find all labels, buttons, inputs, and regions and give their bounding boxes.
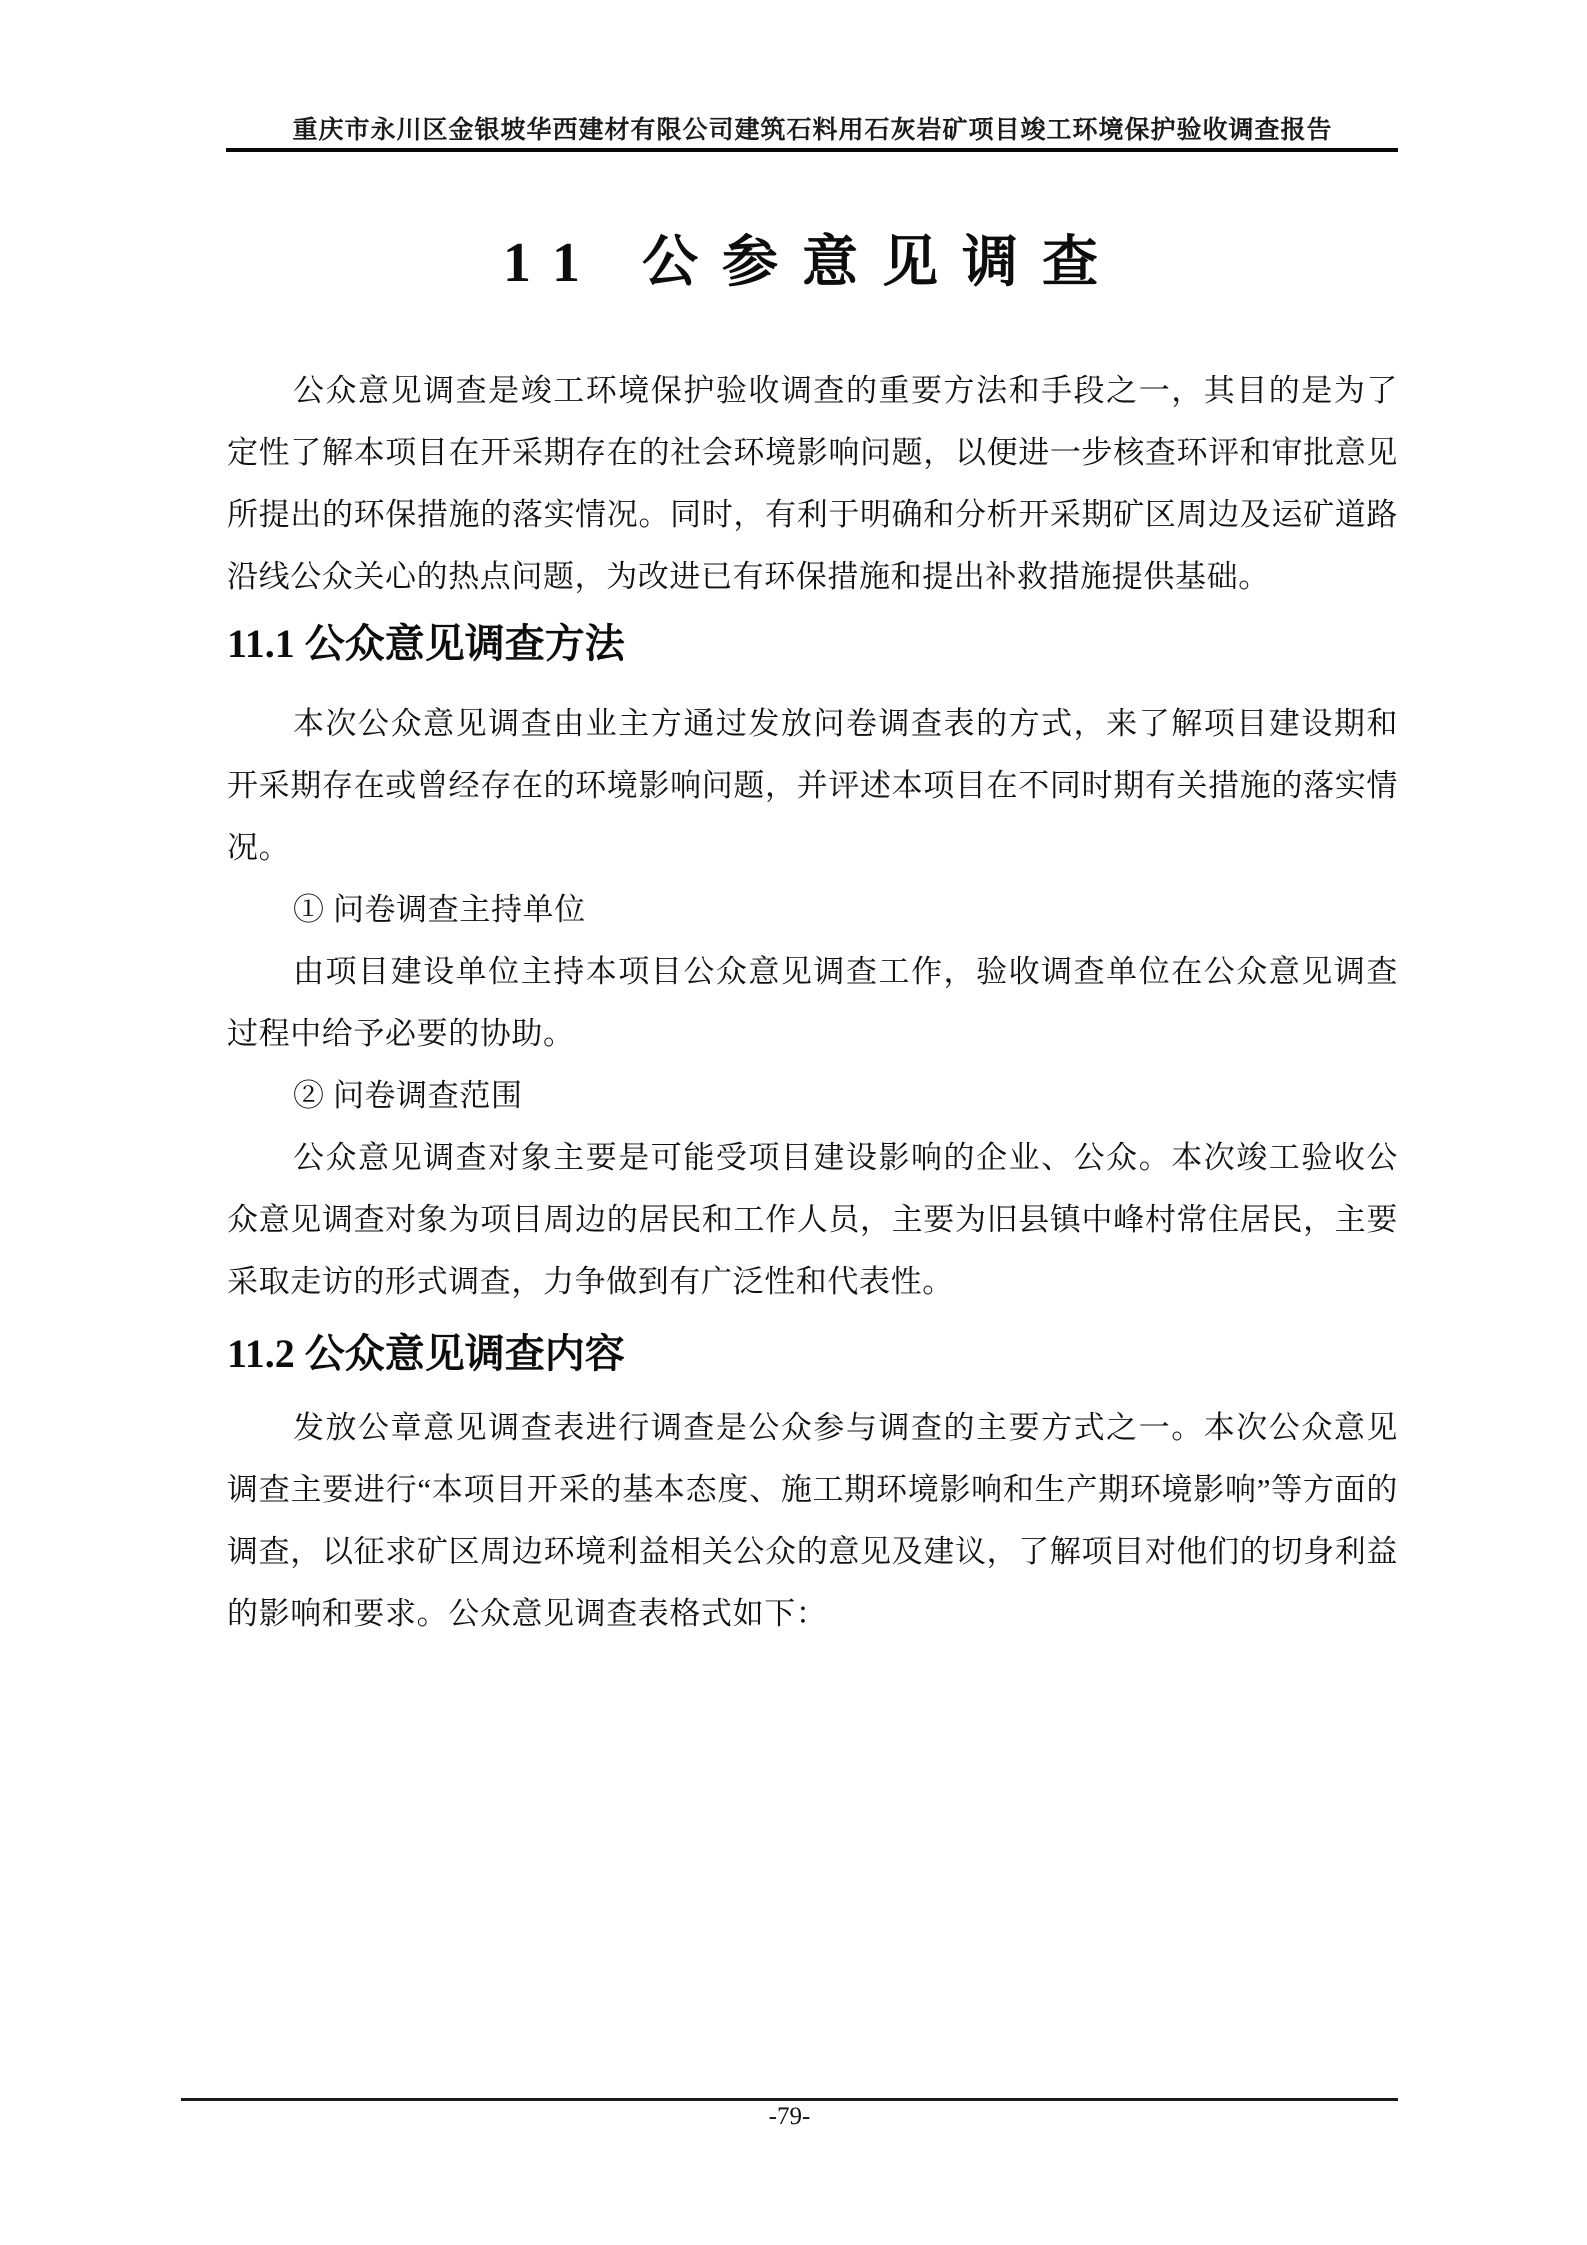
chapter-title: 11 公参意见调查 (227, 218, 1398, 298)
paragraph: 公众意见调查对象主要是可能受项目建设影响的企业、公众。本次竣工验收公众意见调查对… (227, 1127, 1398, 1313)
page-number: -79- (181, 2103, 1398, 2131)
section-heading-11-1: 11.1 公众意见调查方法 (227, 612, 1398, 669)
section-11-2-body: 发放公章意见调查表进行调查是公众参与调查的主要方式之一。本次公众意见调查主要进行… (227, 1397, 1398, 1645)
list-item-questionnaire-scope: ② 问卷调查范围 (227, 1065, 1398, 1127)
intro-paragraph: 公众意见调查是竣工环境保护验收调查的重要方法和手段之一，其目的是为了定性了解本项… (227, 360, 1398, 608)
running-header: 重庆市永川区金银坡华西建材有限公司建筑石料用石灰岩矿项目竣工环境保护验收调查报告 (227, 110, 1398, 146)
intro-block: 公众意见调查是竣工环境保护验收调查的重要方法和手段之一，其目的是为了定性了解本项… (227, 360, 1398, 608)
section-heading-11-2: 11.2 公众意见调查内容 (227, 1322, 1398, 1379)
section-11-1-body: 本次公众意见调查由业主方通过发放问卷调查表的方式，来了解项目建设期和开采期存在或… (227, 693, 1398, 1313)
paragraph: 发放公章意见调查表进行调查是公众参与调查的主要方式之一。本次公众意见调查主要进行… (227, 1397, 1398, 1645)
footer-rule (181, 2098, 1398, 2101)
document-page: 重庆市永川区金银坡华西建材有限公司建筑石料用石灰岩矿项目竣工环境保护验收调查报告… (0, 0, 1587, 2245)
list-item-questionnaire-host: ① 问卷调查主持单位 (227, 879, 1398, 941)
header-rule (226, 148, 1398, 152)
paragraph: 由项目建设单位主持本项目公众意见调查工作，验收调查单位在公众意见调查过程中给予必… (227, 941, 1398, 1065)
paragraph: 本次公众意见调查由业主方通过发放问卷调查表的方式，来了解项目建设期和开采期存在或… (227, 693, 1398, 879)
